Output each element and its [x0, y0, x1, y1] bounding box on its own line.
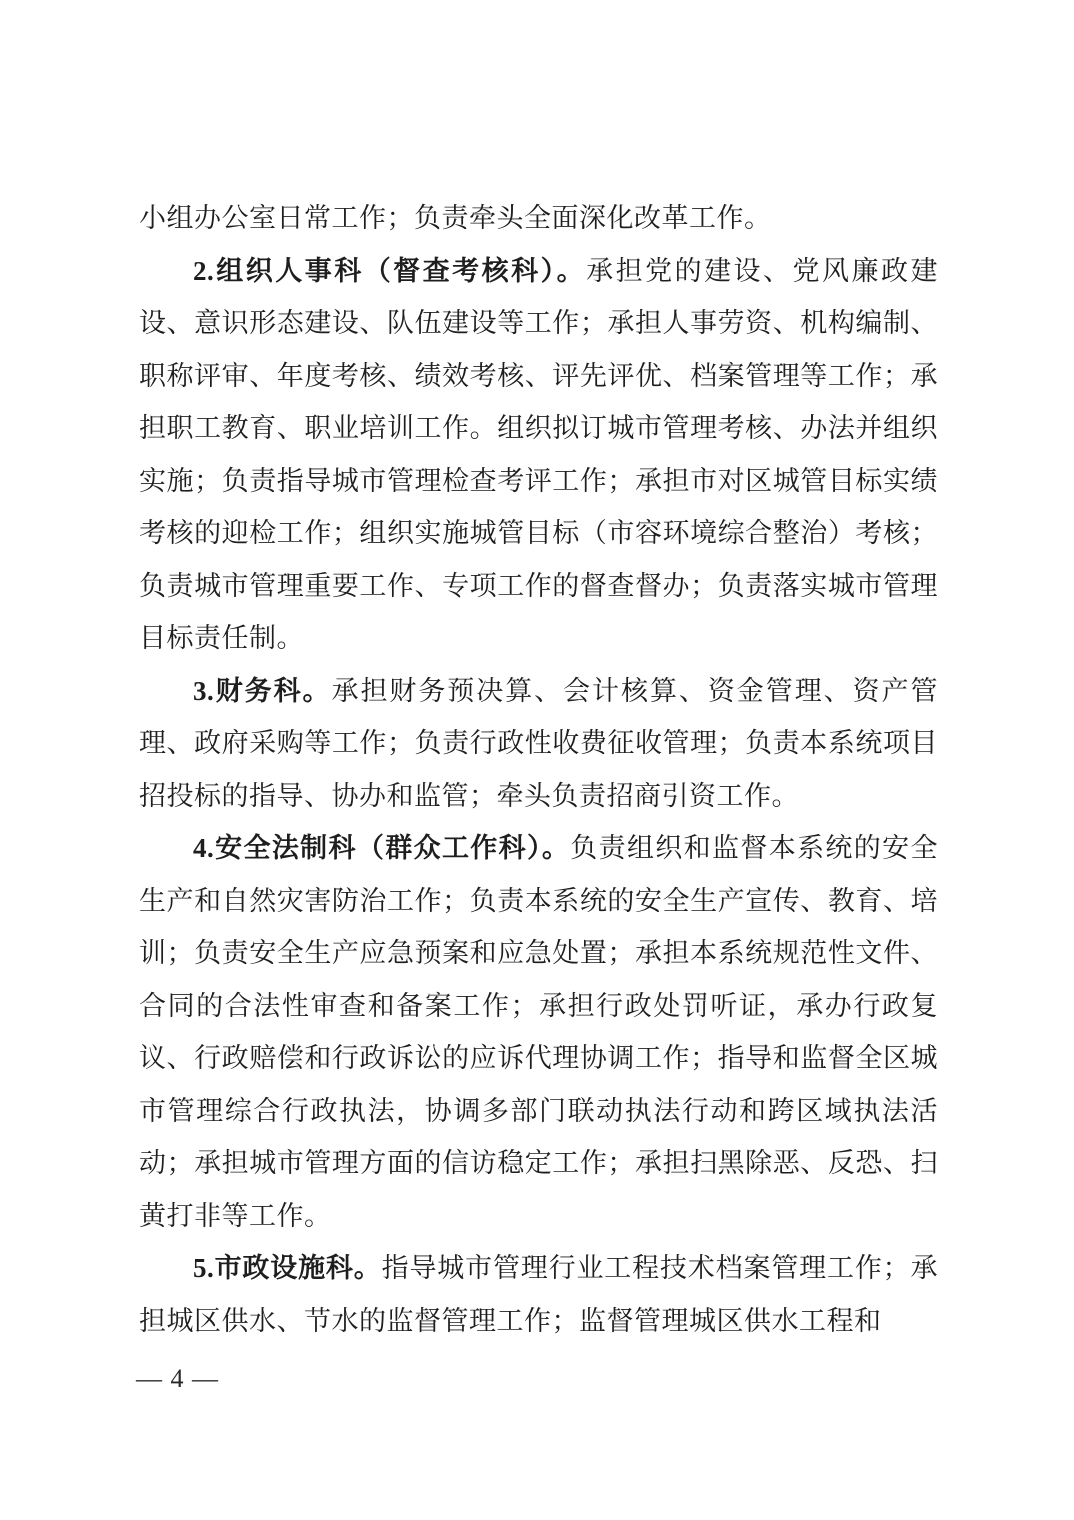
paragraph-section-2: 2.组织人事科（督查考核科）。承担党的建设、党风廉政建设、意识形态建设、队伍建设… — [139, 245, 938, 665]
paragraph-continuation: 小组办公室日常工作；负责牵头全面深化改革工作。 — [139, 192, 938, 245]
document-body: 小组办公室日常工作；负责牵头全面深化改革工作。 2.组织人事科（督查考核科）。承… — [139, 192, 938, 1347]
page-number: — 4 — — [136, 1362, 219, 1396]
paragraph-section-5: 5.市政设施科。指导城市管理行业工程技术档案管理工作；承担城区供水、节水的监督管… — [139, 1242, 938, 1347]
paragraph-text: 小组办公室日常工作；负责牵头全面深化改革工作。 — [139, 203, 772, 233]
section-heading: 4.安全法制科（群众工作科）。 — [193, 833, 570, 863]
section-heading: 2.组织人事科（督查考核科）。 — [193, 256, 586, 286]
paragraph-text: 承担党的建设、党风廉政建设、意识形态建设、队伍建设等工作；承担人事劳资、机构编制… — [139, 256, 938, 654]
paragraph-section-3: 3.财务科。承担财务预决算、会计核算、资金管理、资产管理、政府采购等工作；负责行… — [139, 665, 938, 823]
section-heading: 3.财务科。 — [193, 676, 332, 706]
paragraph-section-4: 4.安全法制科（群众工作科）。负责组织和监督本系统的安全生产和自然灾害防治工作；… — [139, 822, 938, 1242]
section-heading: 5.市政设施科。 — [193, 1253, 382, 1283]
document-page: 小组办公室日常工作；负责牵头全面深化改革工作。 2.组织人事科（督查考核科）。承… — [0, 0, 1074, 1520]
paragraph-text: 负责组织和监督本系统的安全生产和自然灾害防治工作；负责本系统的安全生产宣传、教育… — [139, 833, 938, 1231]
